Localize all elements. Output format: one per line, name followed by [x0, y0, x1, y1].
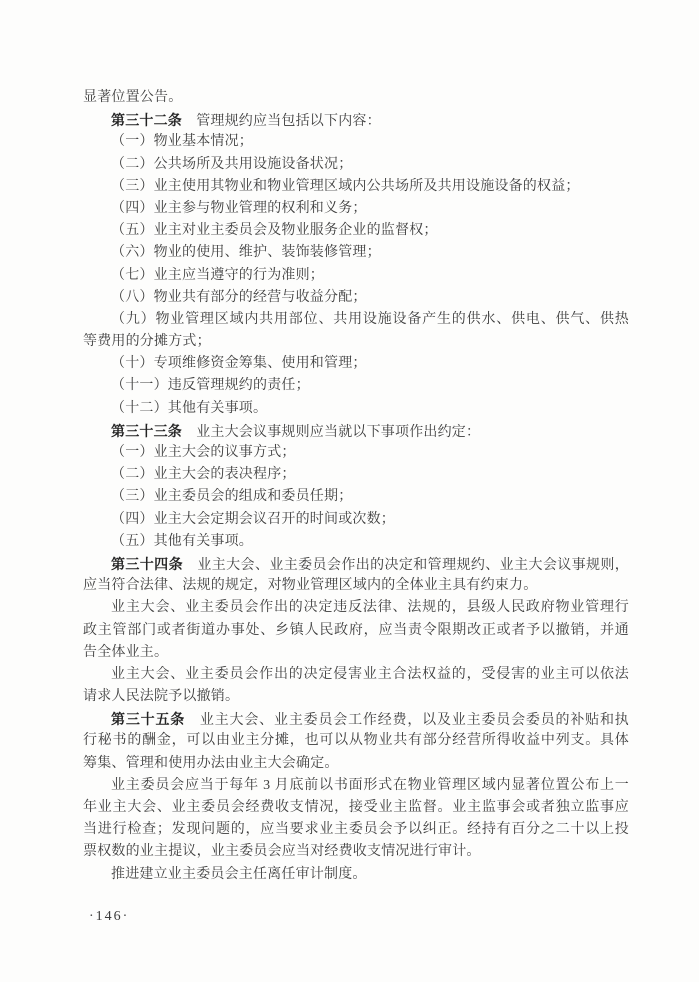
- text-line: 应当符合法律、法规的规定，对物业管理区域内的全体业主具有约束力。: [83, 575, 629, 597]
- text-segment: 业主大会、业主委员会作出的决定违反法律、法规的，县级人民政府物业管理行: [111, 600, 629, 615]
- text-segment: 管理规约应当包括以下内容：: [182, 114, 381, 129]
- text-line: （四）业主参与物业管理的权利和义务；: [83, 198, 629, 220]
- text-segment: 行秘书的酬金，可以由业主分摊，也可以从物业共有部分经营所得收益中列支。具体: [83, 733, 629, 748]
- text-line: 第三十四条 业主大会、业主委员会作出的决定和管理规约、业主大会议事规则，: [83, 553, 629, 575]
- text-line: （九）物业管理区域内共用部位、共用设施设备产生的供水、供电、供气、供热: [83, 309, 629, 331]
- text-line: 年业主大会、业主委员会经费收支情况，接受业主监督。业主监事会或者独立监事应: [83, 797, 629, 819]
- text-line: （八）物业共有部分的经营与收益分配；: [83, 287, 629, 309]
- article-number: 第三十五条: [111, 711, 185, 727]
- text-segment: 应当符合法律、法规的规定，对物业管理区域内的全体业主具有约束力。: [83, 578, 537, 593]
- text-line: 当进行检查；发现问题的，应当要求业主委员会予以纠正。经持有百分之二十以上投: [83, 819, 629, 841]
- text-segment: 年业主大会、业主委员会经费收支情况，接受业主监督。业主监事会或者独立监事应: [83, 800, 629, 815]
- text-line: 推进建立业主委员会主任离任审计制度。: [83, 864, 629, 886]
- text-segment: 业主大会、业主委员会作出的决定侵害业主合法权益的，受侵害的业主可以依法: [111, 667, 629, 682]
- text-segment: （二）公共场所及共用设施设备状况；: [111, 157, 352, 172]
- text-segment: （一）业主大会的议事方式；: [111, 445, 296, 460]
- text-line: 显著位置公告。: [83, 87, 629, 109]
- text-segment: （三）业主委员会的组成和委员任期；: [111, 489, 352, 504]
- text-line: 业主委员会应当于每年 3 月底前以书面形式在物业管理区域内显著位置公布上一: [83, 775, 629, 797]
- text-line: 票权数的业主提议，业主委员会应当对经费收支情况进行审计。: [83, 841, 629, 863]
- text-line: 政主管部门或者街道办事处、乡镇人民政府，应当责令限期改正或者予以撤销，并通: [83, 620, 629, 642]
- text-line: （七）业主应当遵守的行为准则；: [83, 265, 629, 287]
- text-line: 请求人民法院予以撤销。: [83, 686, 629, 708]
- page-number: ·146·: [89, 908, 129, 926]
- text-segment: 等费用的分摊方式；: [83, 334, 211, 349]
- text-segment: （八）物业共有部分的经营与收益分配；: [111, 290, 367, 305]
- text-segment: （十）专项维修资金筹集、使用和管理；: [111, 356, 367, 371]
- text-line: （三）业主委员会的组成和委员任期；: [83, 486, 629, 508]
- article-number: 第三十三条: [111, 423, 182, 439]
- text-line: 第三十二条 管理规约应当包括以下内容：: [83, 109, 629, 131]
- text-segment: （六）物业的使用、维护、装饰装修管理；: [111, 245, 381, 260]
- text-segment: （四）业主大会定期会议召开的时间或次数；: [111, 512, 395, 527]
- text-line: 行秘书的酬金，可以由业主分摊，也可以从物业共有部分经营所得收益中列支。具体: [83, 730, 629, 752]
- text-segment: 请求人民法院予以撤销。: [83, 689, 239, 704]
- text-line: （十二）其他有关事项。: [83, 398, 629, 420]
- text-segment: （二）业主大会的表决程序；: [111, 467, 296, 482]
- article-number: 第三十四条: [111, 556, 183, 572]
- text-segment: （四）业主参与物业管理的权利和义务；: [111, 201, 367, 216]
- text-segment: 业主委员会应当于每年 3 月底前以书面形式在物业管理区域内显著位置公布上一: [111, 778, 629, 793]
- text-line: （一）业主大会的议事方式；: [83, 442, 629, 464]
- text-line: 第三十三条 业主大会议事规则应当就以下事项作出约定：: [83, 420, 629, 442]
- text-segment: 政主管部门或者街道办事处、乡镇人民政府，应当责令限期改正或者予以撤销，并通: [83, 623, 629, 638]
- text-segment: 票权数的业主提议，业主委员会应当对经费收支情况进行审计。: [83, 844, 481, 859]
- document-body: 显著位置公告。第三十二条 管理规约应当包括以下内容：（一）物业基本情况；（二）公…: [83, 87, 629, 886]
- text-segment: （五）其他有关事项。: [111, 534, 253, 549]
- text-line: （三）业主使用其物业和物业管理区域内公共场所及共用设施设备的权益；: [83, 176, 629, 198]
- text-segment: 业主大会议事规则应当就以下事项作出约定：: [182, 425, 480, 440]
- text-segment: 当进行检查；发现问题的，应当要求业主委员会予以纠正。经持有百分之二十以上投: [83, 822, 629, 837]
- text-segment: 推进建立业主委员会主任离任审计制度。: [111, 867, 367, 882]
- text-line: 告全体业主。: [83, 642, 629, 664]
- text-segment: 筹集、管理和使用办法由业主大会确定。: [83, 756, 339, 771]
- text-segment: 业主大会、业主委员会工作经费，以及业主委员会委员的补贴和执: [185, 713, 629, 728]
- document-page: 显著位置公告。第三十二条 管理规约应当包括以下内容：（一）物业基本情况；（二）公…: [0, 0, 699, 982]
- text-segment: （十二）其他有关事项。: [111, 401, 267, 416]
- text-line: 第三十五条 业主大会、业主委员会工作经费，以及业主委员会委员的补贴和执: [83, 708, 629, 730]
- text-line: （二）公共场所及共用设施设备状况；: [83, 154, 629, 176]
- text-line: （十一）违反管理规约的责任；: [83, 375, 629, 397]
- text-line: 等费用的分摊方式；: [83, 331, 629, 353]
- text-segment: （九）物业管理区域内共用部位、共用设施设备产生的供水、供电、供气、供热: [111, 312, 629, 327]
- text-line: （一）物业基本情况；: [83, 131, 629, 153]
- text-segment: （十一）违反管理规约的责任；: [111, 378, 310, 393]
- text-line: （十）专项维修资金筹集、使用和管理；: [83, 353, 629, 375]
- text-segment: （三）业主使用其物业和物业管理区域内公共场所及共用设施设备的权益；: [111, 179, 580, 194]
- text-segment: 显著位置公告。: [83, 90, 182, 105]
- text-line: 业主大会、业主委员会作出的决定违反法律、法规的，县级人民政府物业管理行: [83, 597, 629, 619]
- text-segment: （五）业主对业主委员会及物业服务企业的监督权；: [111, 223, 438, 238]
- text-line: 筹集、管理和使用办法由业主大会确定。: [83, 753, 629, 775]
- text-line: （五）业主对业主委员会及物业服务企业的监督权；: [83, 220, 629, 242]
- text-line: （六）物业的使用、维护、装饰装修管理；: [83, 242, 629, 264]
- text-line: 业主大会、业主委员会作出的决定侵害业主合法权益的，受侵害的业主可以依法: [83, 664, 629, 686]
- text-segment: 告全体业主。: [83, 645, 168, 660]
- text-line: （五）其他有关事项。: [83, 531, 629, 553]
- text-segment: （七）业主应当遵守的行为准则；: [111, 268, 324, 283]
- text-segment: （一）物业基本情况；: [111, 134, 253, 149]
- text-segment: 业主大会、业主委员会作出的决定和管理规约、业主大会议事规则，: [183, 558, 629, 573]
- text-line: （二）业主大会的表决程序；: [83, 464, 629, 486]
- article-number: 第三十二条: [111, 112, 182, 128]
- text-line: （四）业主大会定期会议召开的时间或次数；: [83, 509, 629, 531]
